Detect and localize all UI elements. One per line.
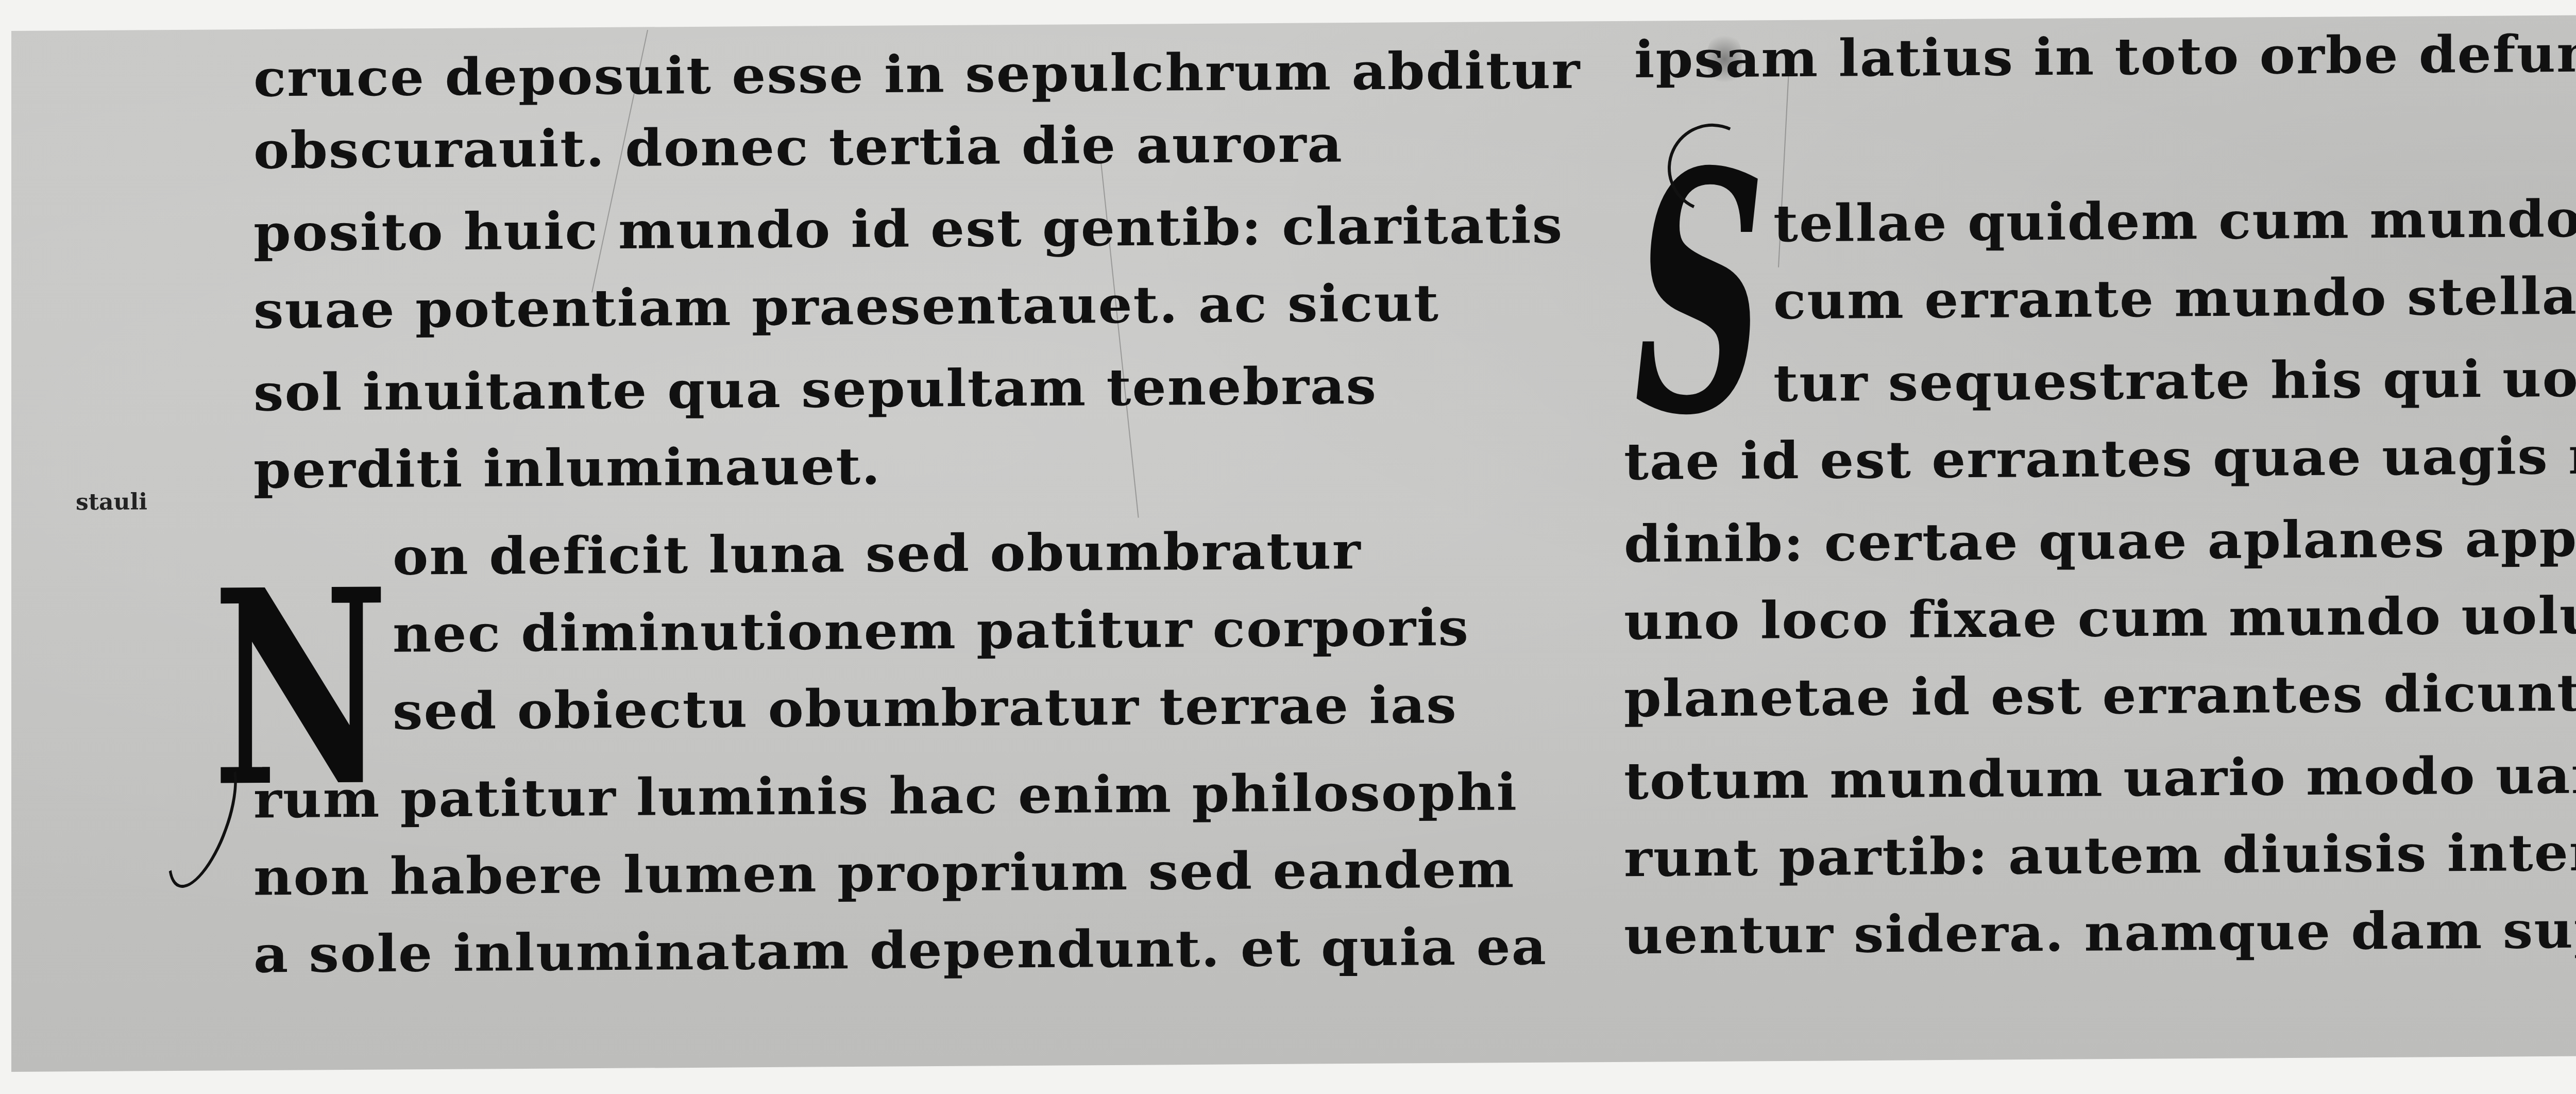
text-line: tur sequestrate his qui uocantur plane xyxy=(1773,346,2576,413)
text-line: a sole inluminatam dependunt. et quia ea xyxy=(253,916,1547,984)
text-line: cum errante mundo stellae uagae ferun xyxy=(1773,263,2576,331)
text-line: sed obiectu obumbratur terrae ias xyxy=(393,675,1458,741)
text-line: nec diminutionem patitur corporis xyxy=(393,597,1469,664)
text-line: suae potentiam praesentauet. ac sicut xyxy=(253,273,1439,340)
text-line: rum patitur luminis hac enim philosophi xyxy=(253,762,1518,830)
text-line: on deficit luna sed obumbratur xyxy=(393,520,1361,586)
text-line: dinib: certae quae aplanes appellantur xyxy=(1624,507,2576,574)
text-line: totum mundum uario modo uariis discur xyxy=(1624,743,2576,811)
text-line: ipsam latius in toto orbe defundit. xyxy=(1634,23,2576,90)
text-line: cruce deposuit esse in sepulchrum abditu… xyxy=(253,40,1581,109)
text-line: tae id est errantes quae uagis motibus o… xyxy=(1624,424,2576,492)
text-line: uentur sidera. namque dam superius quae xyxy=(1624,897,2576,965)
text-line: runt partib: autem diuisis interpositae … xyxy=(1624,820,2576,888)
text-line: uno loco fixae cum mundo uoluuntur porro xyxy=(1624,583,2576,651)
text-line: non habere lumen proprium sed eandem xyxy=(253,839,1515,907)
text-line: planetae id est errantes dicuntur quia p… xyxy=(1624,661,2576,729)
manuscript-leaf: stauli N S cruce deposuit esse in sepulc… xyxy=(11,13,2576,1072)
text-line: perditi inluminauet. xyxy=(253,436,881,500)
text-line: sol inuitante qua sepultam tenebras xyxy=(253,356,1377,423)
text-line: tellae quidem cum mundo uertuntur non xyxy=(1773,186,2576,254)
text-line: posito huic mundo id est gentib: clarita… xyxy=(253,195,1563,263)
marginal-note: stauli xyxy=(76,489,147,515)
text-line: obscurauit. donec tertia die aurora xyxy=(253,113,1343,180)
